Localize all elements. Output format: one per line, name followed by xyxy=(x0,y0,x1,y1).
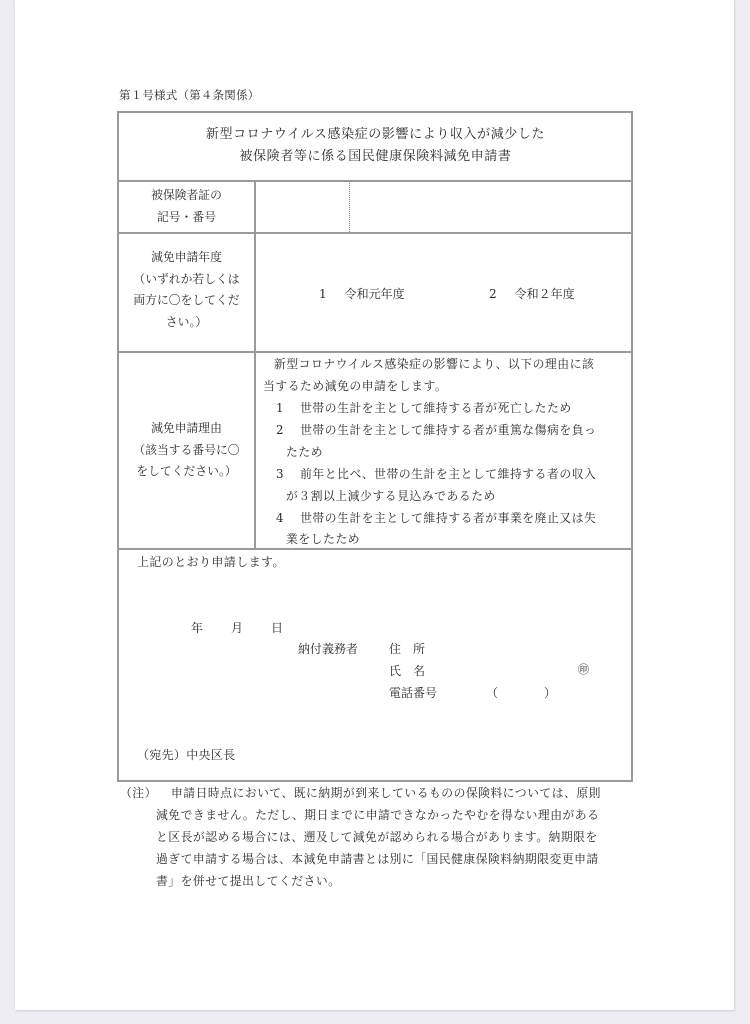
reason-item-1[interactable]: 1世帯の生計を主として維持する者が死亡したため xyxy=(276,399,572,416)
year-option-2-number: 2 xyxy=(489,287,497,301)
date-year: 年 xyxy=(191,619,203,636)
name-label: 氏 名 xyxy=(389,662,425,679)
reason-item-3-cont: が３割以上減少する見込みであるため xyxy=(286,487,496,504)
year-option-1-label: 令和元年度 xyxy=(345,287,405,301)
note-line-2: 減免できません。ただし、期日までに申請できなかったやむを得ない理由がある xyxy=(156,806,599,823)
document-title: 新型コロナウイルス感染症の影響により収入が減少した 被保険者等に係る国民健康保険… xyxy=(118,124,633,168)
insured-card-number-field[interactable] xyxy=(351,182,630,231)
declaration-statement: 上記のとおり申請します。 xyxy=(137,553,285,570)
card-dotted-divider xyxy=(349,181,350,232)
form-number-label: 第１号様式（第４条関係） xyxy=(119,87,259,103)
row-divider-reason xyxy=(117,548,633,550)
name-field[interactable] xyxy=(435,660,575,678)
reason-item-4[interactable]: 4世帯の生計を主として維持する者が事業を廃止又は失 xyxy=(276,509,596,526)
application-reason-label: 減免申請理由 （該当する番号に〇 をしてください。） xyxy=(119,418,254,483)
phone-paren-close: ） xyxy=(544,684,556,701)
column-divider xyxy=(254,180,256,549)
year-option-1-number: 1 xyxy=(319,287,327,301)
reason-item-3[interactable]: 3前年と比べ、世帯の生計を主として維持する者の収入 xyxy=(276,465,596,482)
note-line-1: 申請日時点において、既に納期が到来しているものの保険料については、原則 xyxy=(171,784,601,801)
reason-item-2[interactable]: 2世帯の生計を主として維持する者が重篤な傷病を負っ xyxy=(276,421,596,438)
row-divider-year xyxy=(117,351,633,353)
note-label: （注） xyxy=(120,784,157,801)
table-top-border xyxy=(117,111,633,113)
row-divider-card xyxy=(117,232,633,234)
year-option-1[interactable]: 1令和元年度 xyxy=(319,285,405,302)
payer-label: 納付義務者 xyxy=(298,640,358,657)
note-line-3: と区長が認める場合には、遡及して減免が認められる場合があります。納期限を xyxy=(156,828,598,845)
reason-intro-line-1: 新型コロナウイルス感染症の影響により、以下の理由に該 xyxy=(274,355,594,372)
table-bottom-border xyxy=(117,780,633,782)
reason-intro-line-2: 当するため減免の申請をします。 xyxy=(263,377,447,394)
document-page: 第１号様式（第４条関係） 新型コロナウイルス感染症の影響により収入が減少した 被… xyxy=(15,0,734,1010)
year-option-2-label: 令和２年度 xyxy=(515,287,575,301)
reason-item-2-cont: たため xyxy=(286,443,323,460)
phone-label: 電話番号 xyxy=(389,684,437,701)
reason-item-4-cont: 業をしたため xyxy=(286,530,360,547)
addressee-label: （宛先）中央区長 xyxy=(137,746,235,763)
insured-card-symbol-field[interactable] xyxy=(256,182,348,231)
title-line-1: 新型コロナウイルス感染症の影響により収入が減少した xyxy=(118,124,633,146)
phone-paren-open: （ xyxy=(486,684,498,701)
table-right-border xyxy=(631,111,633,781)
address-label: 住 所 xyxy=(389,640,425,657)
insured-card-label: 被保険者証の 記号・番号 xyxy=(119,185,254,228)
date-month: 月 xyxy=(231,619,243,636)
seal-mark-icon: ㊞ xyxy=(578,661,589,677)
address-field[interactable] xyxy=(435,638,615,656)
application-year-label: 減免申請年度 （いずれか若しくは 両方に〇をしてくだ さい。） xyxy=(119,247,254,333)
note-line-4: 過ぎて申請する場合は、本減免申請書とは別に「国民健康保険料納期限変更申請 xyxy=(156,850,599,867)
date-day: 日 xyxy=(271,619,283,636)
title-line-2: 被保険者等に係る国民健康保険料減免申請書 xyxy=(118,146,633,168)
year-option-2[interactable]: 2令和２年度 xyxy=(489,285,575,302)
phone-area-code-field[interactable] xyxy=(501,682,547,700)
note-line-5: 書」を併せて提出してください。 xyxy=(156,872,340,889)
